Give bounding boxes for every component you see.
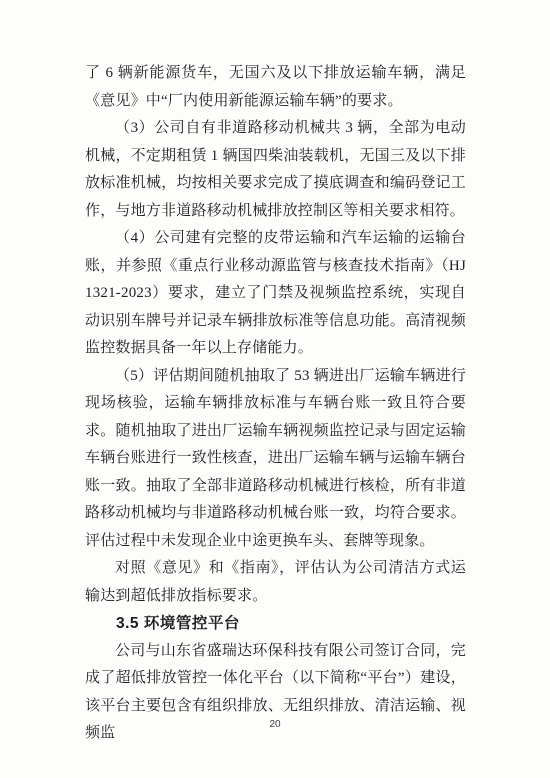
section-heading: 3.5 环境管控平台 [85, 610, 466, 638]
body-paragraph: 对照《意见》和《指南》，评估认为公司清洁方式运输达到超低排放指标要求。 [85, 555, 466, 610]
document-page: 了 6 辆新能源货车，无国六及以下排放运输车辆，满足《意见》中“厂内使用新能源运… [0, 0, 550, 778]
page-content: 了 6 辆新能源货车，无国六及以下排放运输车辆，满足《意见》中“厂内使用新能源运… [85, 60, 466, 748]
body-paragraph: （5）评估期间随机抽取了 53 辆进出厂运输车辆进行现场核验，运输车辆排放标准与… [85, 363, 466, 556]
page-number: 20 [0, 719, 550, 730]
body-paragraph: 公司与山东省盛瑞达环保科技有限公司签订合同，完成了超低排放管控一体化平台（以下简… [85, 638, 466, 748]
body-paragraph: 了 6 辆新能源货车，无国六及以下排放运输车辆，满足《意见》中“厂内使用新能源运… [85, 60, 466, 115]
body-paragraph: （4）公司建有完整的皮带运输和汽车运输的运输台账，并参照《重点行业移动源监管与核… [85, 225, 466, 363]
body-paragraph: （3）公司自有非道路移动机械共 3 辆，全部为电动机械，不定期租赁 1 辆国四柴… [85, 115, 466, 225]
